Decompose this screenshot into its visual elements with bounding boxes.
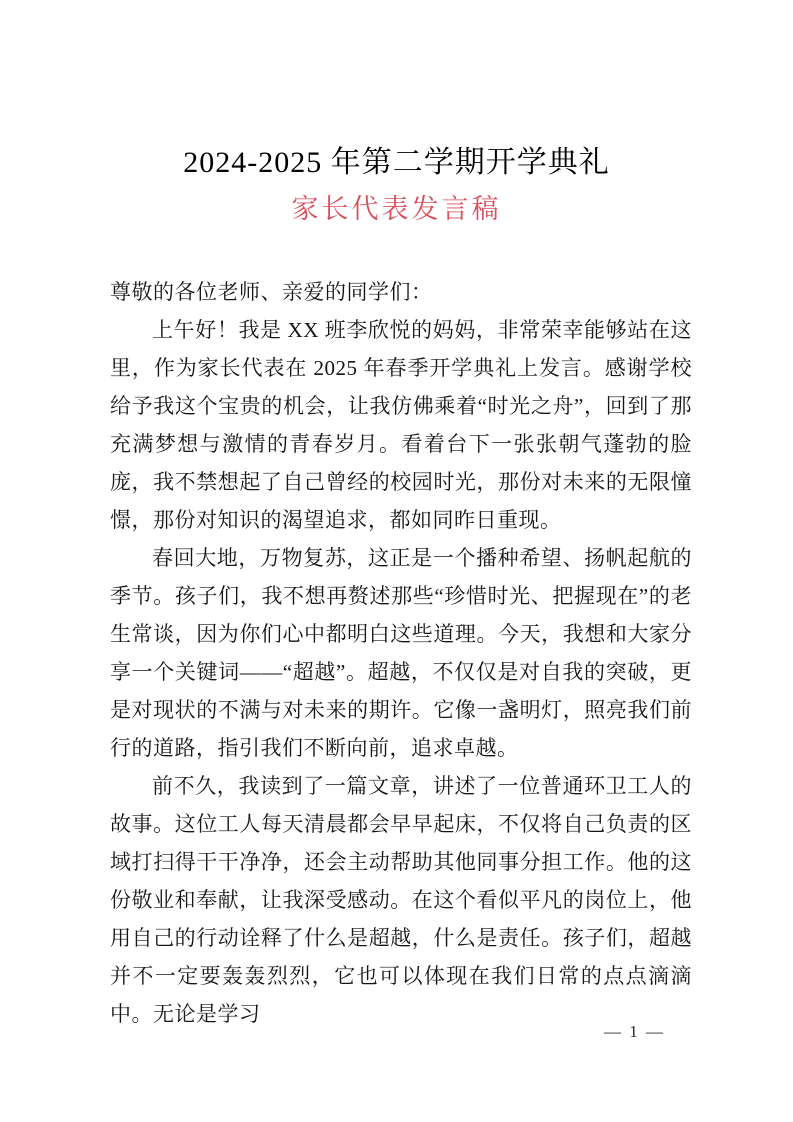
paragraph-1: 上午好！我是 XX 班李欣悦的妈妈，非常荣幸能够站在这里，作为家长代表在 202…	[110, 311, 692, 539]
document-title: 2024-2025 年第二学期开学典礼	[0, 0, 793, 185]
salutation-line: 尊敬的各位老师、亲爱的同学们：	[110, 273, 692, 311]
paragraph-2: 春回大地，万物复苏，这正是一个播种希望、扬帆起航的季节。孩子们，我不想再赘述那些…	[110, 539, 692, 767]
document-page: 2024-2025 年第二学期开学典礼 家长代表发言稿 尊敬的各位老师、亲爱的同…	[0, 0, 793, 1122]
paragraph-3: 前不久，我读到了一篇文章，讲述了一位普通环卫工人的故事。这位工人每天清晨都会早早…	[110, 767, 692, 1033]
document-subtitle: 家长代表发言稿	[0, 189, 793, 229]
document-body: 尊敬的各位老师、亲爱的同学们： 上午好！我是 XX 班李欣悦的妈妈，非常荣幸能够…	[110, 273, 692, 1033]
page-number: — 1 —	[604, 1022, 665, 1042]
